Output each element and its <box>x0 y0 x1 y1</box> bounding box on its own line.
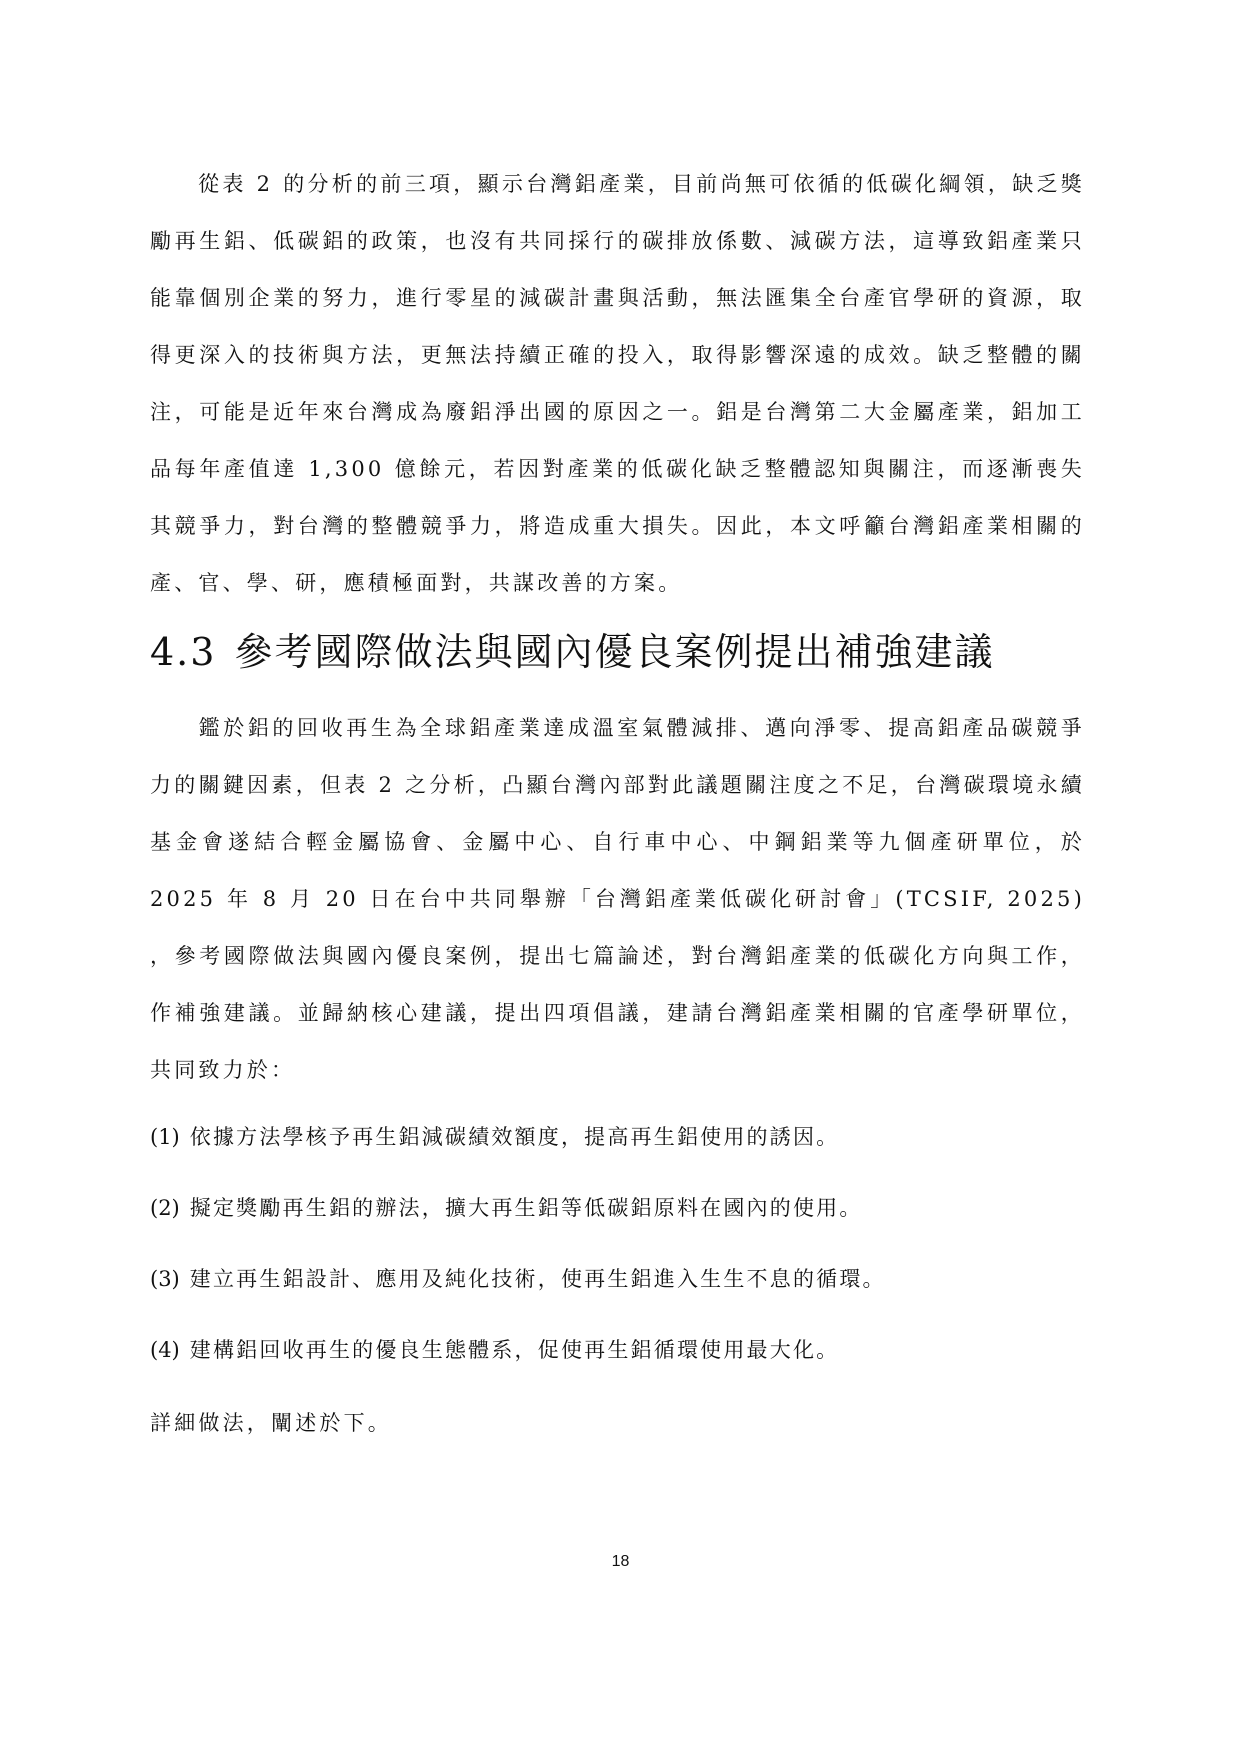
list-marker: (4) <box>150 1338 180 1362</box>
list-item-text: 依據方法學核予再生鋁減碳績效額度，提高再生鋁使用的誘因。 <box>190 1125 840 1149</box>
recommendation-item: (4)建構鋁回收再生的優良生態體系，促使再生鋁循環使用最大化。 <box>150 1335 839 1365</box>
section-heading: 4.3參考國際做法與國內優良案例提出補強建議 <box>150 622 994 682</box>
paragraph-text: 從表 2 的分析的前三項，顯示台灣鋁產業，目前尚無可依循的低碳化綱領，缺乏獎勵再… <box>150 172 1085 595</box>
recommendation-item: (2)擬定獎勵再生鋁的辦法，擴大再生鋁等低碳鋁原料在國內的使用。 <box>150 1193 863 1223</box>
list-item-text: 建立再生鋁設計、應用及純化技術，使再生鋁進入生生不息的循環。 <box>190 1267 886 1291</box>
page-number: 18 <box>0 1553 1241 1571</box>
recommendation-item: (1)依據方法學核予再生鋁減碳績效額度，提高再生鋁使用的誘因。 <box>150 1122 839 1152</box>
list-marker: (2) <box>150 1196 180 1220</box>
list-item-text: 擬定獎勵再生鋁的辦法，擴大再生鋁等低碳鋁原料在國內的使用。 <box>190 1196 863 1220</box>
recommendation-item: (3)建立再生鋁設計、應用及純化技術，使再生鋁進入生生不息的循環。 <box>150 1264 886 1294</box>
list-item-text: 建構鋁回收再生的優良生態體系，促使再生鋁循環使用最大化。 <box>190 1338 840 1362</box>
paragraph-text: 鑑於鋁的回收再生為全球鋁產業達成溫室氣體減排、邁向淨零、提高鋁產品碳競爭力的關鍵… <box>150 716 1085 1082</box>
list-marker: (1) <box>150 1125 180 1149</box>
section-title: 參考國際做法與國內優良案例提出補強建議 <box>234 630 994 674</box>
section-number: 4.3 <box>150 630 216 674</box>
list-marker: (3) <box>150 1267 180 1291</box>
paragraph-analysis-summary: 從表 2 的分析的前三項，顯示台灣鋁產業，目前尚無可依循的低碳化綱領，缺乏獎勵再… <box>150 156 1085 612</box>
closing-sentence: 詳細做法，闡述於下。 <box>150 1408 392 1438</box>
paragraph-recommendation-intro: 鑑於鋁的回收再生為全球鋁產業達成溫室氣體減排、邁向淨零、提高鋁產品碳競爭力的關鍵… <box>150 700 1085 1099</box>
